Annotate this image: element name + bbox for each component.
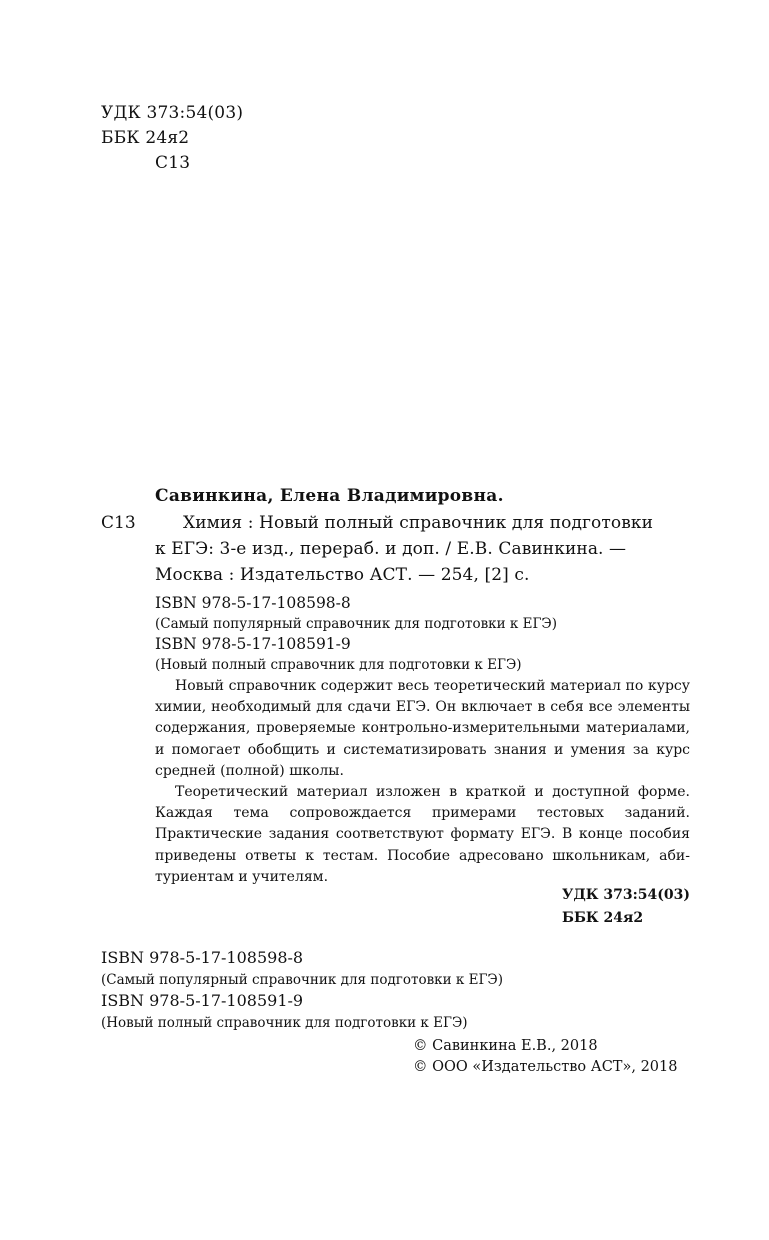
isbn-2: ISBN 978-5-17-108591-9 [101,991,303,1010]
catalog-title-line-3: Москва : Издательство АСТ. — 254, [2] с. [155,565,529,585]
catalog-author: Савинкина, Елена Владимировна. [155,486,504,506]
catalog-author-mark: С13 [101,513,136,533]
isbn-1: ISBN 978-5-17-108598-8 [101,948,303,967]
udk-code-bottom: УДК 373:54(03) [562,884,690,907]
bbk-code-top: ББК 24я2 [101,126,189,151]
udk-code-top: УДК 373:54(03) [101,101,243,126]
catalog-isbn-2-note: (Новый полный справочник для подготовки … [155,657,522,673]
bbk-code-bottom: ББК 24я2 [562,907,643,930]
copyright-author: © Савинкина Е.В., 2018 [413,1038,598,1054]
catalog-isbn-1-note: (Самый популярный справочник для подгото… [155,616,557,632]
catalog-isbn-2: ISBN 978-5-17-108591-9 [155,635,351,653]
isbn-1-note: (Самый популярный справочник для подгото… [101,972,503,988]
isbn-2-note: (Новый полный справочник для подготовки … [101,1015,468,1031]
annotation-paragraph-2: Теоретический материал изложен в краткой… [155,782,690,888]
author-mark-top: С13 [155,151,190,176]
annotation-paragraph-1: Новый справочник содержит весь теоретиче… [155,676,690,782]
catalog-title-line-2: к ЕГЭ: 3-е изд., перераб. и доп. / Е.В. … [155,539,626,559]
catalog-title-line-1: Химия : Новый полный справочник для подг… [183,513,653,533]
catalog-isbn-1: ISBN 978-5-17-108598-8 [155,594,351,612]
annotation: Новый справочник содержит весь теоретиче… [155,676,690,888]
copyright-publisher: © ООО «Издательство АСТ», 2018 [413,1059,677,1075]
